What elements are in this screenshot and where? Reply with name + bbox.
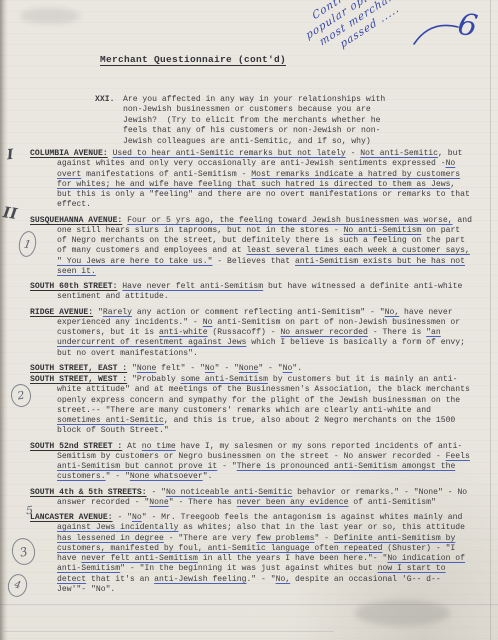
pen-underlined-text: Not anti-Semitic xyxy=(360,149,438,158)
typed-text: ". xyxy=(292,364,302,373)
entry-columbia-avenue: COLUMBIA AVENUE: Used to hear anti-Semit… xyxy=(30,149,473,211)
typed-text: - "There are very xyxy=(164,534,256,543)
entry-heading: SOUTH 52nd STREET : xyxy=(30,442,122,451)
entry-heading: COLUMBIA AVENUE: xyxy=(30,149,108,158)
typed-text: " - " xyxy=(215,364,239,373)
entry-ridge-avenue: RIDGE AVENUE: "Rarely any action or comm… xyxy=(30,308,473,359)
typed-text: of anti-Semitism" xyxy=(348,498,435,507)
pen-underlined-text: None xyxy=(149,498,168,507)
pen-underlined-text: never been any evidence xyxy=(237,498,349,507)
typed-text: - Believes that xyxy=(212,257,295,266)
entry-south-60th-street: SOUTH 60th STREET: Have never felt anti-… xyxy=(30,282,473,303)
entry-south-street-east: SOUTH STREET, EAST : "None felt" - "No" … xyxy=(30,364,473,374)
pen-underlined-text: anti-Jewish feeling xyxy=(154,575,246,584)
handwritten-number-six: 6 xyxy=(455,7,480,45)
pen-underlined-text: Have never felt anti-Semitism xyxy=(122,282,263,291)
entry-heading: SUSQUEHANNA AVENUE: xyxy=(30,216,122,225)
typed-text: At xyxy=(127,442,142,451)
typed-text: ". xyxy=(203,472,213,481)
pen-underlined-text: No, xyxy=(276,575,291,584)
margin-note-roman-two: II xyxy=(2,203,18,223)
typed-text: " - There has xyxy=(169,498,237,507)
question-block: XXI. Are you affected in any way in your… xyxy=(95,95,423,147)
pen-underlined-text: No answer recorded xyxy=(280,328,367,337)
entry-susquehanna-avenue: SUSQUEHANNA AVENUE: Four or 5 yrs ago, t… xyxy=(30,216,473,278)
typed-text: " - " xyxy=(258,364,282,373)
pen-underlined-text: few problems xyxy=(256,534,314,543)
pen-underlined-text: no time xyxy=(142,442,176,451)
pen-underlined-text: No xyxy=(283,364,293,373)
question-text: Are you affected in any way in your rela… xyxy=(123,95,423,147)
entry-heading: RIDGE AVENUE: xyxy=(30,308,93,317)
margin-note-circled-four: 4 xyxy=(6,572,30,599)
typed-text: in all the years I have been here."- " xyxy=(198,554,387,563)
pen-underlined-text: None xyxy=(239,364,258,373)
document-title: Merchant Questionnaire (cont'd) xyxy=(100,54,286,65)
questionnaire-entries: COLUMBIA AVENUE: Used to hear anti-Semit… xyxy=(30,149,473,595)
pen-underlined-text: No xyxy=(203,318,213,327)
pen-underlined-text: some anti-Semitism xyxy=(181,375,268,384)
typed-text: - " xyxy=(117,513,132,522)
entry-heading: LANCASTER AVENUE: xyxy=(30,513,113,522)
entry-heading: SOUTH STREET, EAST : xyxy=(30,364,127,373)
typed-text: any action or comment reflecting anti-Se… xyxy=(132,308,385,317)
typed-text: " - " xyxy=(106,472,130,481)
pen-underlined-text: never felt anti-Semitism xyxy=(81,554,198,563)
typed-text: that it's an xyxy=(86,575,154,584)
scan-line xyxy=(4,631,334,632)
margin-note-five: 5 xyxy=(25,504,33,518)
pen-underlined-text: No anti-Semitism xyxy=(344,226,422,235)
entry-south-street-west: SOUTH STREET, WEST : "Probably some anti… xyxy=(30,375,473,437)
pen-underlined-text: No, xyxy=(385,308,400,317)
pen-underlined-text: Four or 5 yrs ago, the feeling toward Je… xyxy=(127,216,452,225)
typed-text: felt" - " xyxy=(156,364,205,373)
pen-underlined-text: Rarely xyxy=(103,308,132,317)
pen-underlined-text: anti-white xyxy=(159,328,208,337)
typed-text: manifestations of anti-Semitism - xyxy=(81,170,251,179)
pen-underlined-text: No noticeable anti-Semitic xyxy=(166,488,292,497)
margin-note-roman-one: I xyxy=(6,147,14,164)
typed-text: "Probably xyxy=(132,375,181,384)
pen-underlined-text: No xyxy=(205,364,215,373)
pen-underlined-text: None xyxy=(137,364,156,373)
pen-underlined-text: has lessened in degree xyxy=(57,534,164,543)
typed-text: - There is xyxy=(368,328,426,337)
entry-heading: SOUTH STREET, WEST : xyxy=(30,375,127,384)
entry-lancaster-avenue: LANCASTER AVENUE: - "No" - Mr. Treegoob … xyxy=(30,513,473,595)
pen-underlined-text: None whatsoever xyxy=(130,472,203,481)
typed-text: - " xyxy=(151,488,166,497)
question-number: XXI. xyxy=(95,95,117,147)
scan-line xyxy=(0,604,498,605)
scanned-document-page: Contrary to popular opinion, most mercha… xyxy=(0,0,498,640)
pen-underlined-text: against Jews incidentally xyxy=(57,523,178,532)
typed-text: - " xyxy=(217,462,236,471)
pen-underlined-text: No xyxy=(132,513,142,522)
entry-heading: SOUTH 4th & 5th STREETS: xyxy=(30,488,147,497)
typed-text: - xyxy=(346,149,361,158)
typed-text: as whites; also that in the last year or… xyxy=(178,523,465,532)
entry-south-52nd-street: SOUTH 52nd STREET : At no time have I, m… xyxy=(30,442,473,483)
typed-text: " - xyxy=(314,534,333,543)
pen-underlined-text: sometimes anti-Semitic xyxy=(57,416,164,425)
typed-text: (Russacoff) - xyxy=(208,328,281,337)
pencil-smudge-top-left xyxy=(20,8,80,24)
typed-text: ." - " xyxy=(246,575,275,584)
typed-text: " - Mr. Treegoob feels the antagonism is… xyxy=(142,513,463,522)
typed-text: " - "In the beginning it was just agains… xyxy=(120,564,377,573)
entry-south-4th-5th-streets: SOUTH 4th & 5th STREETS: - "No noticeabl… xyxy=(30,488,473,509)
pen-underlined-text: Used to hear anti-Semitic remarks but no… xyxy=(113,149,346,158)
entry-heading: SOUTH 60th STREET: xyxy=(30,282,117,291)
